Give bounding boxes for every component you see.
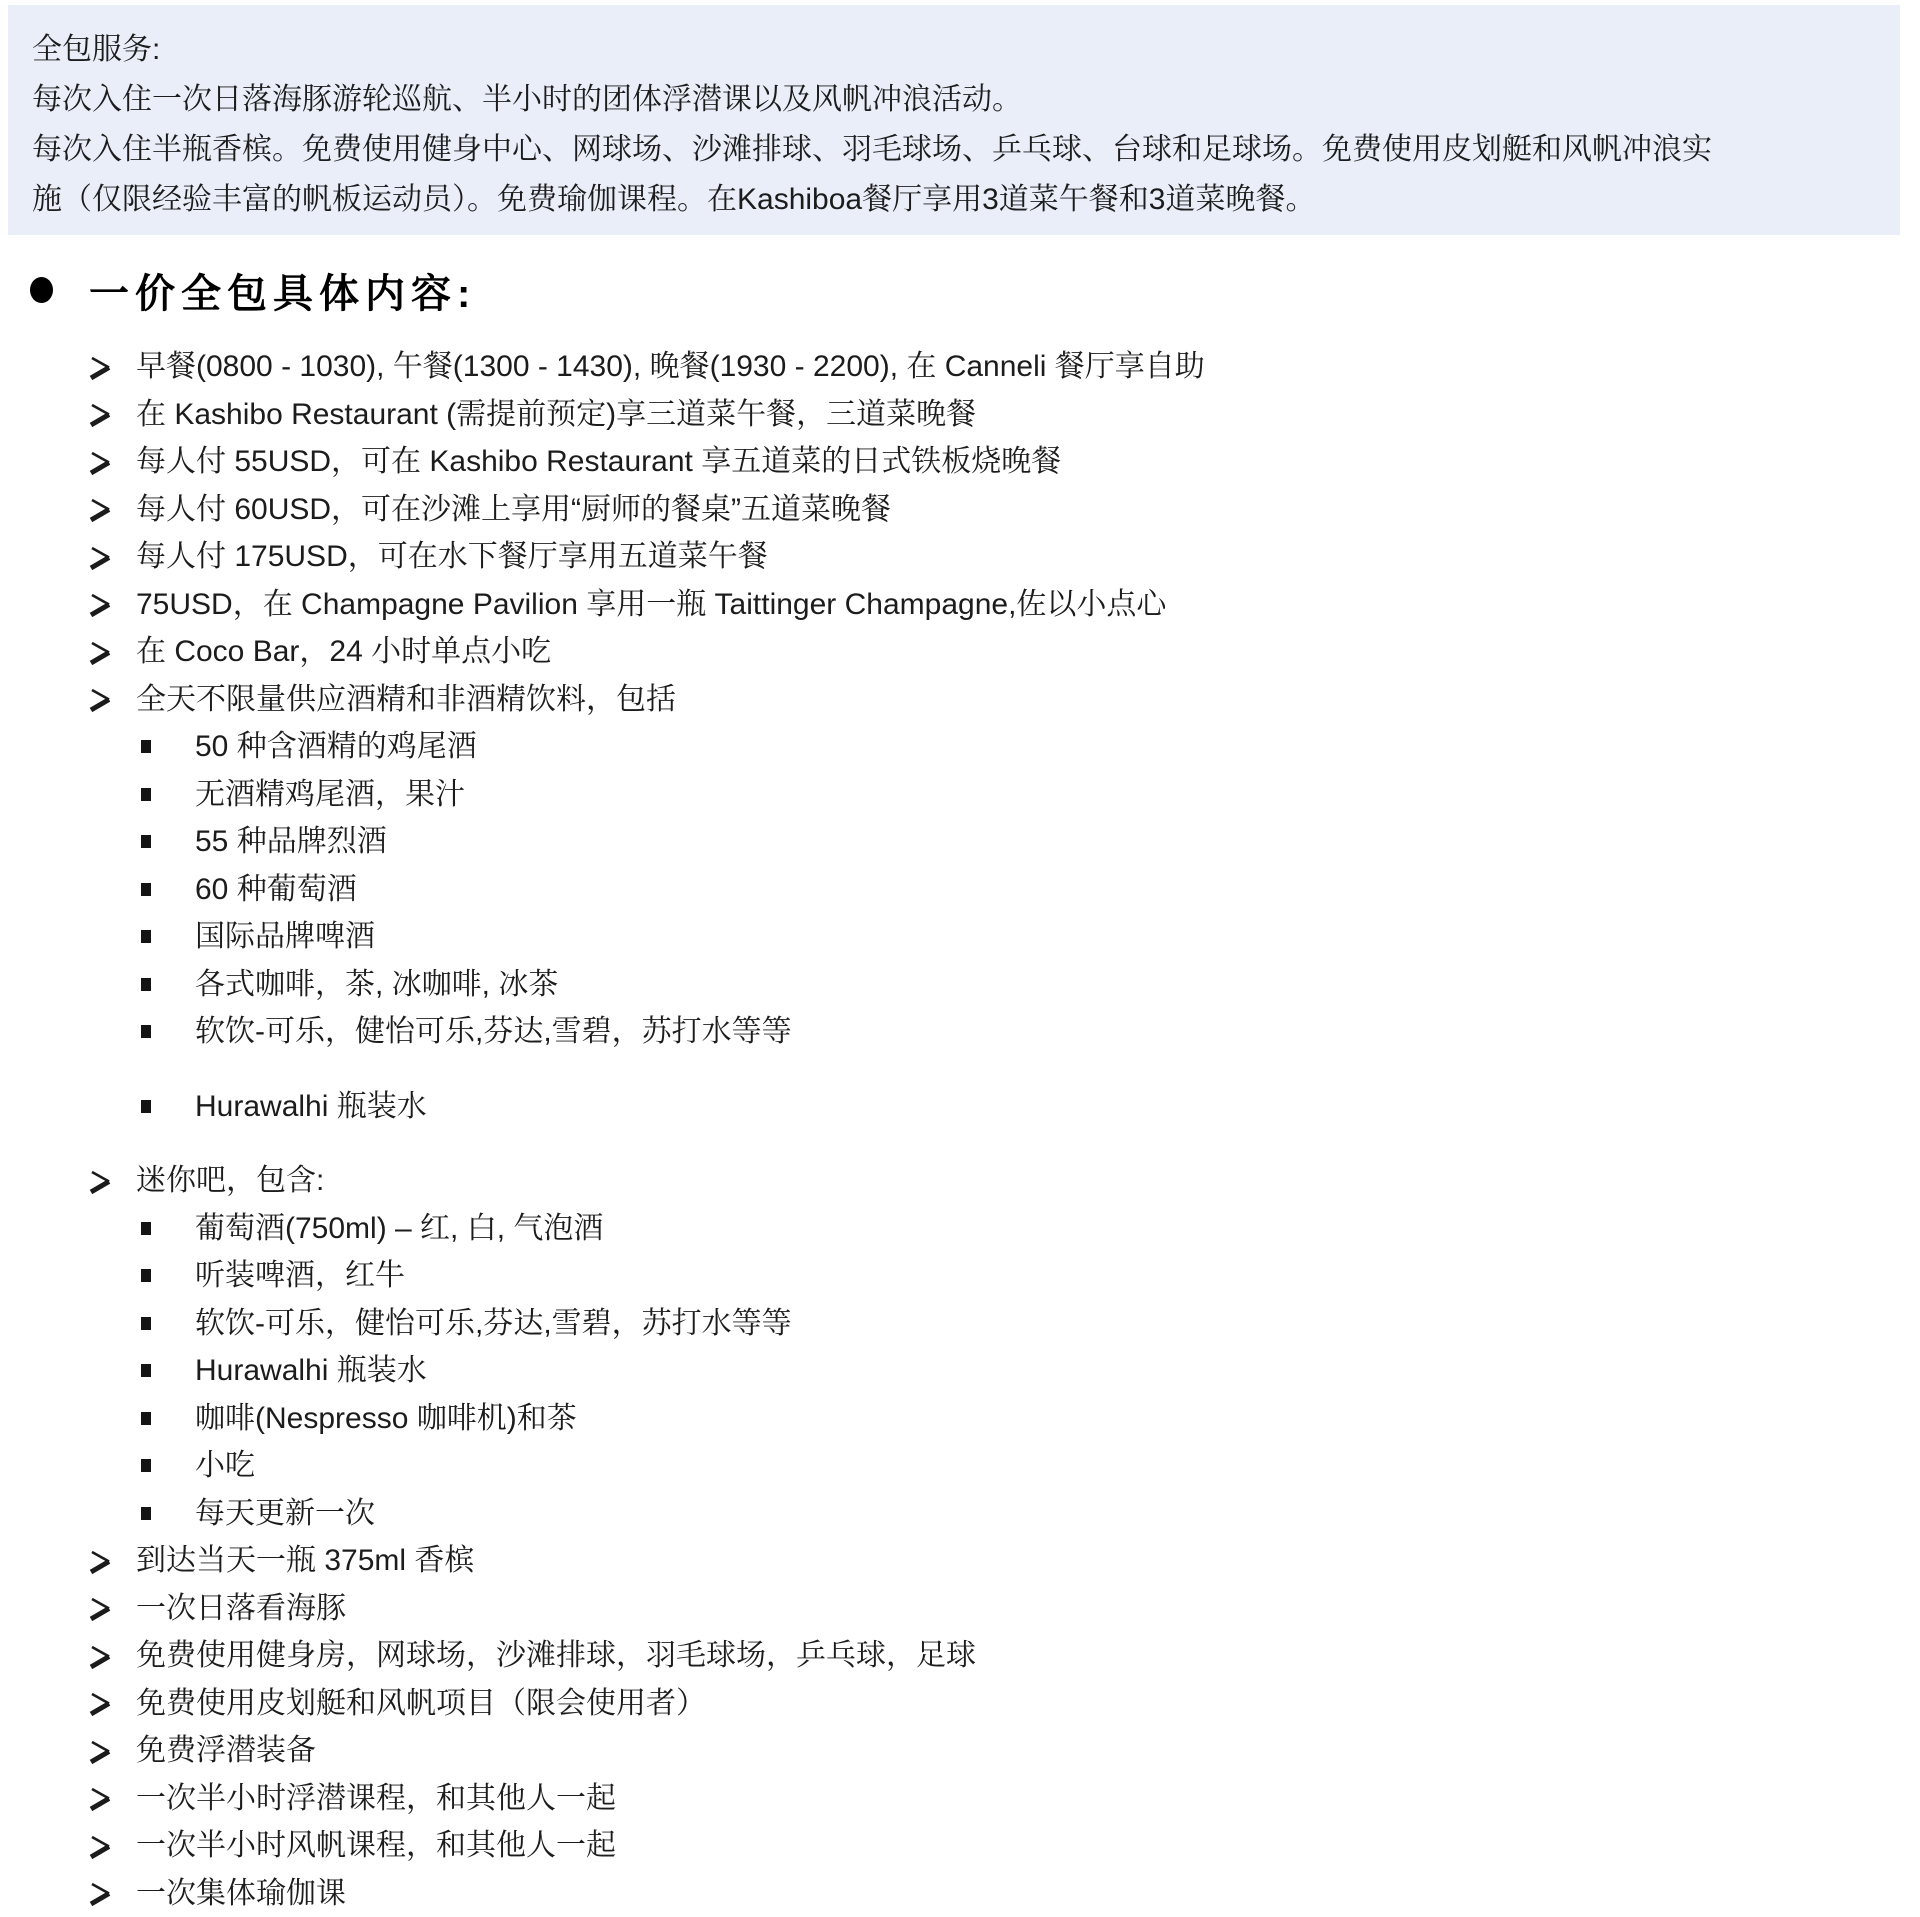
list-item: 75USD，在 Champagne Pavilion 享用一瓶 Taitting…: [0, 581, 1920, 629]
square-bullet-icon: [141, 883, 151, 896]
list-item-text: 每人付 55USD，可在 Kashibo Restaurant 享五道菜的日式铁…: [136, 438, 1061, 486]
section-heading-text: 一价全包具体内容:: [89, 262, 476, 319]
list-item-text: 葡萄酒(750ml) – 红, 白, 气泡酒: [195, 1205, 603, 1253]
all-inclusive-list: 早餐(0800 - 1030), 午餐(1300 - 1430), 晚餐(193…: [0, 343, 1920, 1917]
list-item: 在 Kashibo Restaurant (需提前预定)享三道菜午餐，三道菜晚餐: [0, 391, 1920, 439]
arrow-bullet-icon: [88, 581, 118, 629]
square-bullet-icon: [141, 835, 151, 848]
arrow-bullet-icon: [88, 1632, 118, 1680]
list-item-text: 全天不限量供应酒精和非酒精饮料，包括: [136, 676, 676, 724]
arrow-bullet-icon: [88, 343, 118, 391]
intro-panel: 全包服务: 每次入住一次日落海豚游轮巡航、半小时的团体浮潜课以及风帆冲浪活动。 …: [8, 5, 1900, 235]
intro-line-2: 每次入住半瓶香槟。免费使用健身中心、网球场、沙滩排球、羽毛球场、乒乓球、台球和足…: [32, 125, 1874, 175]
list-item: 55 种品牌烈酒: [0, 818, 1920, 866]
arrow-bullet-icon: [88, 391, 118, 439]
section-heading: 一价全包具体内容:: [30, 267, 1920, 313]
arrow-bullet-icon: [88, 1157, 118, 1205]
arrow-bullet-icon: [88, 1537, 118, 1585]
square-bullet-icon: [141, 1269, 151, 1282]
list-item-text: 国际品牌啤酒: [195, 913, 375, 961]
list-item: 葡萄酒(750ml) – 红, 白, 气泡酒: [0, 1205, 1920, 1253]
list-item-text: 一次日落看海豚: [136, 1585, 346, 1633]
list-item: Hurawalhi 瓶装水: [0, 1347, 1920, 1395]
list-item-text: 一次半小时风帆课程，和其他人一起: [136, 1822, 616, 1870]
list-item-text: 免费使用皮划艇和风帆项目（限会使用者）: [136, 1680, 706, 1728]
list-item-text: Hurawalhi 瓶装水: [195, 1083, 427, 1131]
list-item-text: 软饮-可乐，健怡可乐,芬达,雪碧，苏打水等等: [195, 1300, 792, 1348]
list-item: 咖啡(Nespresso 咖啡机)和茶: [0, 1395, 1920, 1443]
list-item: 软饮-可乐，健怡可乐,芬达,雪碧，苏打水等等: [0, 1300, 1920, 1348]
square-bullet-icon: [141, 1100, 151, 1113]
square-bullet-icon: [141, 1459, 151, 1472]
list-item: 全天不限量供应酒精和非酒精饮料，包括: [0, 676, 1920, 724]
list-item-text: 听装啤酒，红牛: [195, 1252, 405, 1300]
list-item-text: 55 种品牌烈酒: [195, 818, 387, 866]
square-bullet-icon: [141, 1317, 151, 1330]
list-item: 免费使用皮划艇和风帆项目（限会使用者）: [0, 1680, 1920, 1728]
list-item-text: 一次集体瑜伽课: [136, 1870, 346, 1917]
square-bullet-icon: [141, 788, 151, 801]
list-item-text: 无酒精鸡尾酒，果汁: [195, 771, 465, 819]
list-item: Hurawalhi 瓶装水: [0, 1083, 1920, 1131]
intro-title: 全包服务:: [32, 25, 1874, 75]
list-item-text: 每人付 60USD，可在沙滩上享用“厨师的餐桌”五道菜晚餐: [136, 486, 891, 534]
document-page: 全包服务: 每次入住一次日落海豚游轮巡航、半小时的团体浮潜课以及风帆冲浪活动。 …: [0, 5, 1920, 1917]
arrow-bullet-icon: [88, 1870, 118, 1917]
list-item-text: 在 Coco Bar，24 小时单点小吃: [136, 628, 551, 676]
list-item: 软饮-可乐，健怡可乐,芬达,雪碧，苏打水等等: [0, 1008, 1920, 1056]
list-item: 小吃: [0, 1442, 1920, 1490]
list-item: 国际品牌啤酒: [0, 913, 1920, 961]
list-item: 免费浮潜装备: [0, 1727, 1920, 1775]
list-item-text: 迷你吧，包含:: [136, 1157, 324, 1205]
list-item-text: 在 Kashibo Restaurant (需提前预定)享三道菜午餐，三道菜晚餐: [136, 391, 976, 439]
list-item-text: 一次半小时浮潜课程，和其他人一起: [136, 1775, 616, 1823]
list-item-text: 各式咖啡，茶, 冰咖啡, 冰茶: [195, 961, 558, 1009]
square-bullet-icon: [141, 1507, 151, 1520]
list-item: 60 种葡萄酒: [0, 866, 1920, 914]
list-item-text: 免费浮潜装备: [136, 1727, 316, 1775]
list-item-text: 到达当天一瓶 375ml 香槟: [136, 1537, 474, 1585]
list-item-text: Hurawalhi 瓶装水: [195, 1347, 427, 1395]
list-item: 到达当天一瓶 375ml 香槟: [0, 1537, 1920, 1585]
list-item: 每人付 60USD，可在沙滩上享用“厨师的餐桌”五道菜晚餐: [0, 486, 1920, 534]
arrow-bullet-icon: [88, 676, 118, 724]
square-bullet-icon: [141, 1412, 151, 1425]
list-item: 一次日落看海豚: [0, 1585, 1920, 1633]
list-item: 早餐(0800 - 1030), 午餐(1300 - 1430), 晚餐(193…: [0, 343, 1920, 391]
arrow-bullet-icon: [88, 1585, 118, 1633]
arrow-bullet-icon: [88, 1822, 118, 1870]
square-bullet-icon: [141, 930, 151, 943]
arrow-bullet-icon: [88, 1775, 118, 1823]
list-item-text: 60 种葡萄酒: [195, 866, 357, 914]
list-item: 每天更新一次: [0, 1490, 1920, 1538]
list-item-text: 免费使用健身房，网球场，沙滩排球，羽毛球场，乒乓球，足球: [136, 1632, 976, 1680]
arrow-bullet-icon: [88, 486, 118, 534]
list-item: 每人付 175USD，可在水下餐厅享用五道菜午餐: [0, 533, 1920, 581]
square-bullet-icon: [141, 1364, 151, 1377]
list-item-text: 小吃: [195, 1442, 255, 1490]
list-item-text: 75USD，在 Champagne Pavilion 享用一瓶 Taitting…: [136, 581, 1166, 629]
square-bullet-icon: [141, 978, 151, 991]
list-item: 免费使用健身房，网球场，沙滩排球，羽毛球场，乒乓球，足球: [0, 1632, 1920, 1680]
arrow-bullet-icon: [88, 438, 118, 486]
intro-line-1: 每次入住一次日落海豚游轮巡航、半小时的团体浮潜课以及风帆冲浪活动。: [32, 75, 1874, 125]
list-item-text: 软饮-可乐，健怡可乐,芬达,雪碧，苏打水等等: [195, 1008, 792, 1056]
square-bullet-icon: [141, 1222, 151, 1235]
square-bullet-icon: [141, 740, 151, 753]
list-item: 无酒精鸡尾酒，果汁: [0, 771, 1920, 819]
list-item-text: 咖啡(Nespresso 咖啡机)和茶: [195, 1395, 577, 1443]
list-item: 一次半小时浮潜课程，和其他人一起: [0, 1775, 1920, 1823]
intro-line-3: 施（仅限经验丰富的帆板运动员）。免费瑜伽课程。在Kashiboa餐厅享用3道菜午…: [32, 175, 1874, 225]
list-item: 一次集体瑜伽课: [0, 1870, 1920, 1917]
list-item-text: 每人付 175USD，可在水下餐厅享用五道菜午餐: [136, 533, 768, 581]
list-item: 50 种含酒精的鸡尾酒: [0, 723, 1920, 771]
list-item: 在 Coco Bar，24 小时单点小吃: [0, 628, 1920, 676]
list-item: 迷你吧，包含:: [0, 1157, 1920, 1205]
arrow-bullet-icon: [88, 1680, 118, 1728]
list-item: 听装啤酒，红牛: [0, 1252, 1920, 1300]
list-item-text: 早餐(0800 - 1030), 午餐(1300 - 1430), 晚餐(193…: [136, 343, 1205, 391]
square-bullet-icon: [141, 1025, 151, 1038]
list-item: 一次半小时风帆课程，和其他人一起: [0, 1822, 1920, 1870]
list-item: 各式咖啡，茶, 冰咖啡, 冰茶: [0, 961, 1920, 1009]
arrow-bullet-icon: [88, 628, 118, 676]
list-item-text: 每天更新一次: [195, 1490, 375, 1538]
arrow-bullet-icon: [88, 1727, 118, 1775]
disc-bullet-icon: [30, 277, 53, 303]
arrow-bullet-icon: [88, 533, 118, 581]
list-item-text: 50 种含酒精的鸡尾酒: [195, 723, 477, 771]
list-item: 每人付 55USD，可在 Kashibo Restaurant 享五道菜的日式铁…: [0, 438, 1920, 486]
